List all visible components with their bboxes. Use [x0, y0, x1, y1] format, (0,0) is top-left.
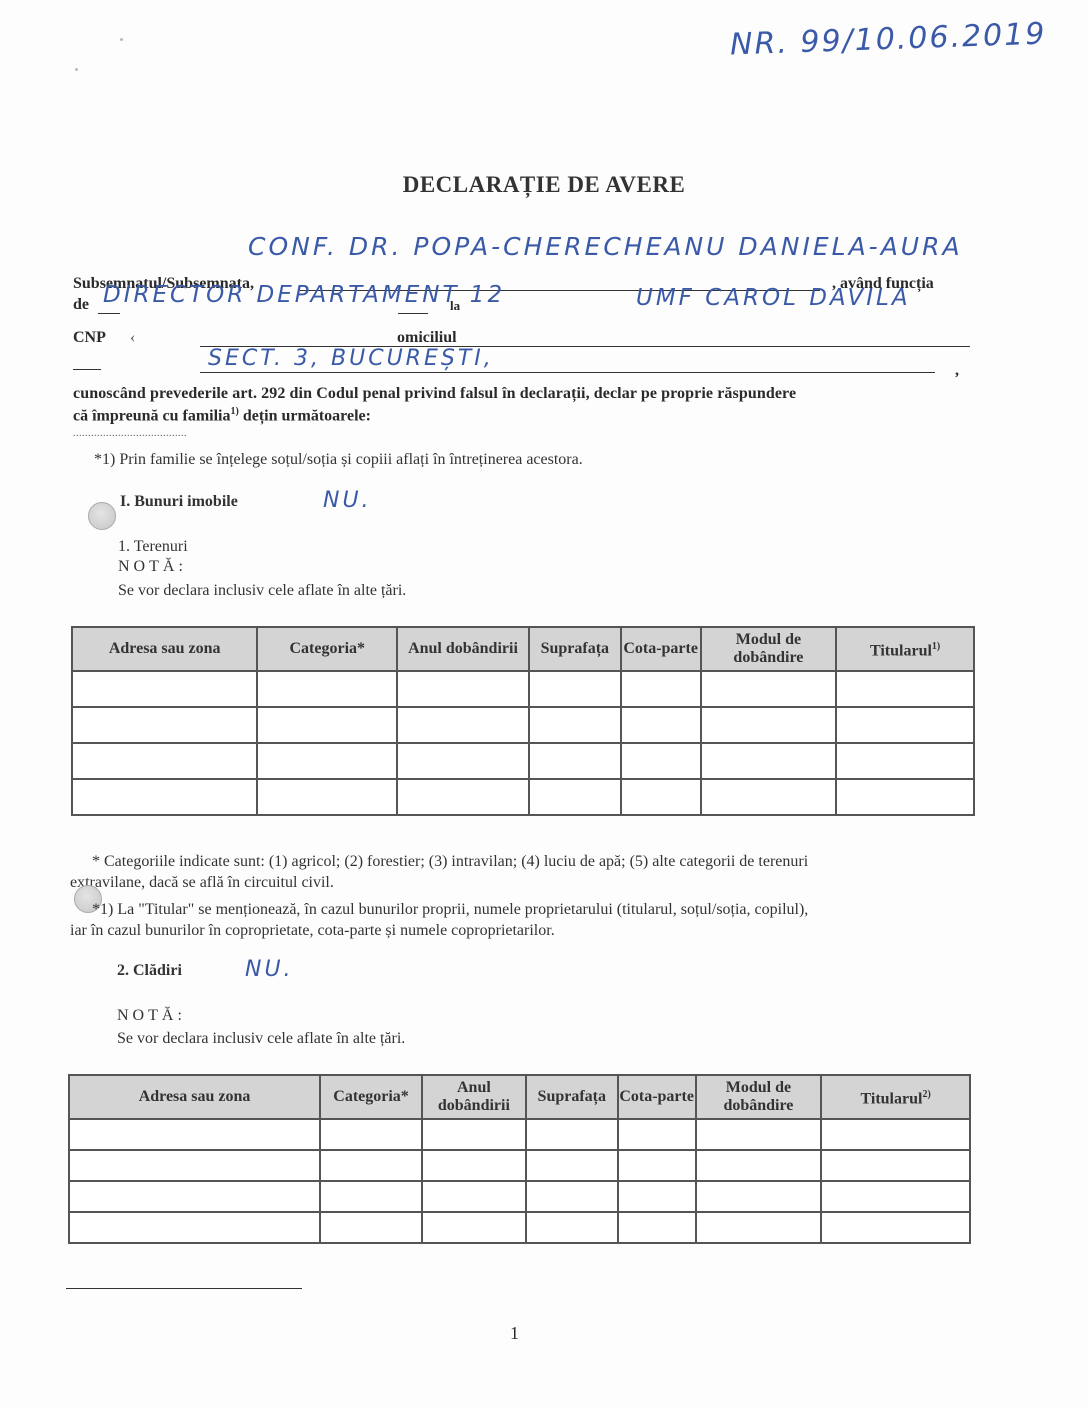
column-label: Categoria* — [333, 1088, 409, 1105]
table-cell[interactable] — [701, 671, 837, 707]
column-label: Anul dobândirii — [408, 640, 518, 657]
cladiri-table: Adresa sau zonaCategoria*Anul dobândirii… — [68, 1074, 971, 1244]
table-row — [72, 707, 974, 743]
domicile-underline-2 — [200, 372, 935, 373]
table-cell[interactable] — [320, 1212, 422, 1243]
table-cell[interactable] — [836, 779, 974, 815]
terenuri-table-header: Adresa sau zonaCategoria*Anul dobândirii… — [72, 627, 974, 671]
table-cell[interactable] — [696, 1212, 822, 1243]
table-cell[interactable] — [836, 743, 974, 779]
statement-line-2-suffix: dețin următoarele: — [239, 407, 371, 424]
categories-footnote-line-2: extravilane, dacă se află în circuitul c… — [70, 874, 334, 892]
family-footnote: *1) Prin familie se înțelege soțul/soția… — [94, 451, 583, 469]
table-cell[interactable] — [529, 743, 621, 779]
section-bunuri-imobile-heading: I. Bunuri imobile — [120, 493, 238, 511]
label-cnp: CNP — [73, 329, 106, 347]
table-row — [72, 671, 974, 707]
table-cell[interactable] — [69, 1212, 320, 1243]
label-de: de — [73, 296, 89, 314]
label-domiciliul: omiciliul — [397, 329, 457, 347]
terenuri-col-header: Modul de dobândire — [701, 627, 837, 671]
table-cell[interactable] — [701, 779, 837, 815]
column-label: Anul dobândirii — [438, 1079, 510, 1114]
table-cell[interactable] — [696, 1181, 822, 1212]
cladiri-col-header: Titularul2) — [821, 1075, 970, 1119]
column-label: Suprafața — [538, 1088, 606, 1105]
declarant-name-handwritten: CONF. DR. POPA-CHERECHEANU DANIELA-AURA — [248, 232, 963, 261]
table-cell[interactable] — [526, 1119, 618, 1150]
table-cell[interactable] — [821, 1212, 970, 1243]
cladiri-col-header: Cota-parte — [618, 1075, 696, 1119]
table-cell[interactable] — [696, 1150, 822, 1181]
table-cell[interactable] — [69, 1150, 320, 1181]
footnote-separator — [66, 1288, 302, 1289]
dotted-line: ...................................... — [73, 428, 187, 439]
table-cell[interactable] — [526, 1181, 618, 1212]
titular-footnote-line-1: *1) La "Titular" se menționează, în cazu… — [92, 901, 808, 919]
table-cell[interactable] — [72, 671, 257, 707]
table-cell[interactable] — [618, 1181, 696, 1212]
cladiri-col-header: Adresa sau zona — [69, 1075, 320, 1119]
categories-footnote-line-1: * Categoriile indicate sunt: (1) agricol… — [92, 853, 808, 871]
column-label: Cota-parte — [623, 640, 698, 657]
table-cell[interactable] — [422, 1212, 526, 1243]
table-cell[interactable] — [701, 707, 837, 743]
registration-number: NR. 99/10.06.2019 — [729, 16, 1046, 62]
table-row — [69, 1119, 970, 1150]
statement-line-1: cunoscând prevederile art. 292 din Codul… — [73, 385, 796, 403]
statement-footnote-marker: 1) — [230, 406, 238, 417]
page-number: 1 — [510, 1323, 519, 1344]
statement-line-2: că împreună cu familia1) dețin următoare… — [73, 406, 371, 425]
terenuri-heading: 1. Terenuri — [118, 538, 188, 556]
table-cell[interactable] — [422, 1181, 526, 1212]
terenuri-nota-label: NOTĂ: — [118, 558, 187, 576]
column-label: Cota-parte — [619, 1088, 694, 1105]
table-cell[interactable] — [618, 1150, 696, 1181]
cladiri-table-header: Adresa sau zonaCategoria*Anul dobândirii… — [69, 1075, 970, 1119]
column-footnote-marker: 1) — [932, 641, 940, 652]
table-cell[interactable] — [529, 779, 621, 815]
table-cell[interactable] — [696, 1119, 822, 1150]
cladiri-col-header: Modul de dobândire — [696, 1075, 822, 1119]
column-label: Titularul — [861, 1090, 923, 1107]
column-label: Modul de dobândire — [733, 631, 803, 666]
terenuri-col-header: Titularul1) — [836, 627, 974, 671]
table-cell[interactable] — [397, 671, 529, 707]
terenuri-col-header: Anul dobândirii — [397, 627, 529, 671]
table-cell[interactable] — [397, 743, 529, 779]
table-row — [69, 1212, 970, 1243]
table-cell[interactable] — [618, 1119, 696, 1150]
table-cell[interactable] — [526, 1150, 618, 1181]
function-handwritten: DIRECTOR DEPARTAMENT 12 — [103, 282, 505, 308]
table-cell[interactable] — [621, 671, 701, 707]
table-cell[interactable] — [821, 1119, 970, 1150]
table-cell[interactable] — [422, 1150, 526, 1181]
terenuri-table: Adresa sau zonaCategoria*Anul dobândirii… — [71, 626, 975, 816]
cladiri-nota-label: NOTĂ: — [117, 1007, 186, 1025]
cladiri-col-header: Categoria* — [320, 1075, 422, 1119]
table-cell[interactable] — [836, 707, 974, 743]
table-cell[interactable] — [529, 671, 621, 707]
trailing-comma: , — [955, 362, 959, 380]
table-cell[interactable] — [621, 779, 701, 815]
table-cell[interactable] — [621, 707, 701, 743]
terenuri-col-header: Adresa sau zona — [72, 627, 257, 671]
table-cell[interactable] — [397, 779, 529, 815]
table-cell[interactable] — [320, 1181, 422, 1212]
table-cell[interactable] — [72, 743, 257, 779]
table-cell[interactable] — [526, 1212, 618, 1243]
table-cell[interactable] — [72, 779, 257, 815]
page-title: DECLARAȚIE DE AVERE — [0, 172, 1088, 198]
cladiri-col-header: Anul dobândirii — [422, 1075, 526, 1119]
cladiri-col-header: Suprafața — [526, 1075, 618, 1119]
table-cell[interactable] — [529, 707, 621, 743]
cladiri-nota-text: Se vor declara inclusiv cele aflate în a… — [117, 1030, 405, 1048]
table-cell[interactable] — [72, 707, 257, 743]
cnp-value: ‹ — [130, 329, 135, 347]
table-row — [69, 1150, 970, 1181]
table-cell[interactable] — [257, 707, 397, 743]
table-row — [72, 743, 974, 779]
table-cell[interactable] — [821, 1150, 970, 1181]
column-label: Titularul — [870, 642, 932, 659]
institution-handwritten: UMF CAROL DAVILA — [636, 285, 911, 311]
table-cell[interactable] — [422, 1119, 526, 1150]
cladiri-answer: NU. — [245, 957, 294, 982]
function-underline-1 — [98, 313, 120, 314]
column-label: Modul de dobândire — [723, 1079, 793, 1114]
table-cell[interactable] — [618, 1212, 696, 1243]
terenuri-col-header: Categoria* — [257, 627, 397, 671]
column-label: Adresa sau zona — [109, 640, 221, 657]
terenuri-col-header: Cota-parte — [621, 627, 701, 671]
table-cell[interactable] — [836, 671, 974, 707]
cnp-underline — [73, 369, 101, 370]
table-row — [69, 1181, 970, 1212]
table-row — [72, 779, 974, 815]
terenuri-col-header: Suprafața — [529, 627, 621, 671]
scan-artifact — [70, 38, 130, 68]
column-label: Adresa sau zona — [139, 1088, 251, 1105]
function-underline-2 — [398, 313, 428, 314]
cladiri-heading: 2. Clădiri — [117, 962, 182, 980]
table-cell[interactable] — [257, 671, 397, 707]
section-bunuri-imobile-answer: NU. — [323, 488, 372, 513]
table-cell[interactable] — [69, 1181, 320, 1212]
titular-footnote-line-2: iar în cazul bunurilor în coproprietate,… — [70, 922, 555, 940]
table-cell[interactable] — [701, 743, 837, 779]
table-cell[interactable] — [320, 1150, 422, 1181]
table-cell[interactable] — [69, 1119, 320, 1150]
table-cell[interactable] — [621, 743, 701, 779]
table-cell[interactable] — [257, 743, 397, 779]
column-footnote-marker: 2) — [922, 1089, 930, 1100]
column-label: Suprafața — [541, 640, 609, 657]
label-la: la — [450, 298, 460, 314]
statement-line-2-prefix: că împreună cu familia — [73, 407, 230, 424]
table-cell[interactable] — [320, 1119, 422, 1150]
table-cell[interactable] — [257, 779, 397, 815]
column-label: Categoria* — [289, 640, 365, 657]
terenuri-nota-text: Se vor declara inclusiv cele aflate în a… — [118, 582, 406, 600]
address-handwritten: SECT. 3, BUCUREȘTI, — [208, 346, 494, 371]
table-cell[interactable] — [397, 707, 529, 743]
table-cell[interactable] — [821, 1181, 970, 1212]
punch-hole — [88, 502, 116, 530]
